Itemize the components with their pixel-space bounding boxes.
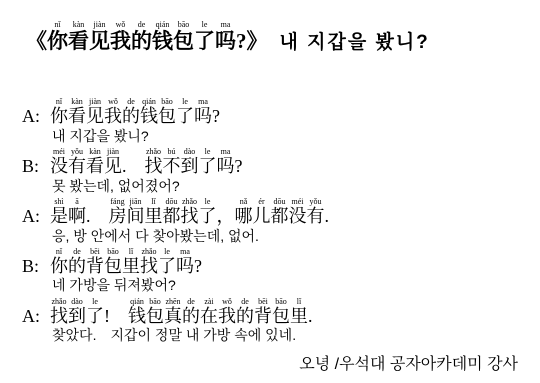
chinese-line: A:是shì啊ā. 房fáng间jiān里lǐ都dōu找zhǎo了le，哪nǎ儿… — [22, 197, 518, 227]
dialogue-line-4: B:你nǐ的de背bēi包bāo里lǐ找zhǎo了le吗ma? 네 가방을 뒤져… — [22, 247, 518, 294]
korean-translation: 응, 방 안에서 다 찾아봤는데, 없어. — [52, 228, 518, 244]
dialogue-line-2: B:没méi有yǒu看kàn见jiàn. 找zhǎo不bú到dào了le吗ma?… — [22, 147, 518, 194]
dialogue-line-1: A:你nǐ看kàn见jiàn我wǒ的de钱qián包bāo了le吗ma? 내 지… — [22, 97, 518, 144]
speaker-label: B: — [22, 157, 50, 177]
footer-credit: 오녕 /우석대 공자아카데미 강사 — [22, 351, 518, 374]
chinese-text-with-pinyin: 你nǐ的de背bēi包bāo里lǐ找zhǎo了le吗ma? — [50, 256, 202, 276]
chinese-line: B:你nǐ的de背bēi包bāo里lǐ找zhǎo了le吗ma? — [22, 247, 518, 277]
korean-translation: 내 지갑을 봤니? — [52, 128, 518, 144]
chinese-text-with-pinyin: 找zhǎo到dào了le! 钱qián包bāo真zhēn的de在zài我wǒ的d… — [50, 306, 313, 326]
speaker-label: A: — [22, 107, 50, 127]
chinese-text-with-pinyin: 是shì啊ā. 房fáng间jiān里lǐ都dōu找zhǎo了le，哪nǎ儿ér… — [50, 206, 329, 226]
korean-translation: 못 봤는데, 없어졌어? — [52, 178, 518, 194]
chinese-text-with-pinyin: 你nǐ看kàn见jiàn我wǒ的de钱qián包bāo了le吗ma? — [50, 106, 220, 126]
page-title: 《你nǐ看kàn见jiàn我wǒ的de钱qián包bāo了le吗ma?》내 지갑… — [26, 20, 518, 53]
chinese-line: A:你nǐ看kàn见jiàn我wǒ的de钱qián包bāo了le吗ma? — [22, 97, 518, 127]
korean-translation: 찾았다. 지갑이 정말 내 가방 속에 있네. — [52, 327, 518, 343]
korean-translation: 네 가방을 뒤져봤어? — [52, 277, 518, 293]
lesson-slide: 《你nǐ看kàn见jiàn我wǒ的de钱qián包bāo了le吗ma?》내 지갑… — [0, 0, 540, 383]
chinese-line: B:没méi有yǒu看kàn见jiàn. 找zhǎo不bú到dào了le吗ma? — [22, 147, 518, 177]
dialogue-line-5: A:找zhǎo到dào了le! 钱qián包bāo真zhēn的de在zài我wǒ… — [22, 297, 518, 344]
dialogue-list: A:你nǐ看kàn见jiàn我wǒ的de钱qián包bāo了le吗ma? 내 지… — [22, 97, 518, 343]
speaker-label: A: — [22, 207, 50, 227]
chinese-text-with-pinyin: 没méi有yǒu看kàn见jiàn. 找zhǎo不bú到dào了le吗ma? — [50, 156, 243, 176]
speaker-label: A: — [22, 307, 50, 327]
dialogue-line-3: A:是shì啊ā. 房fáng间jiān里lǐ都dōu找zhǎo了le，哪nǎ儿… — [22, 197, 518, 244]
title-korean-translation: 내 지갑을 봤니? — [280, 32, 430, 53]
title-chinese-with-pinyin: 《你nǐ看kàn见jiàn我wǒ的de钱qián包bāo了le吗ma?》 — [26, 29, 268, 53]
chinese-line: A:找zhǎo到dào了le! 钱qián包bāo真zhēn的de在zài我wǒ… — [22, 297, 518, 327]
speaker-label: B: — [22, 257, 50, 277]
